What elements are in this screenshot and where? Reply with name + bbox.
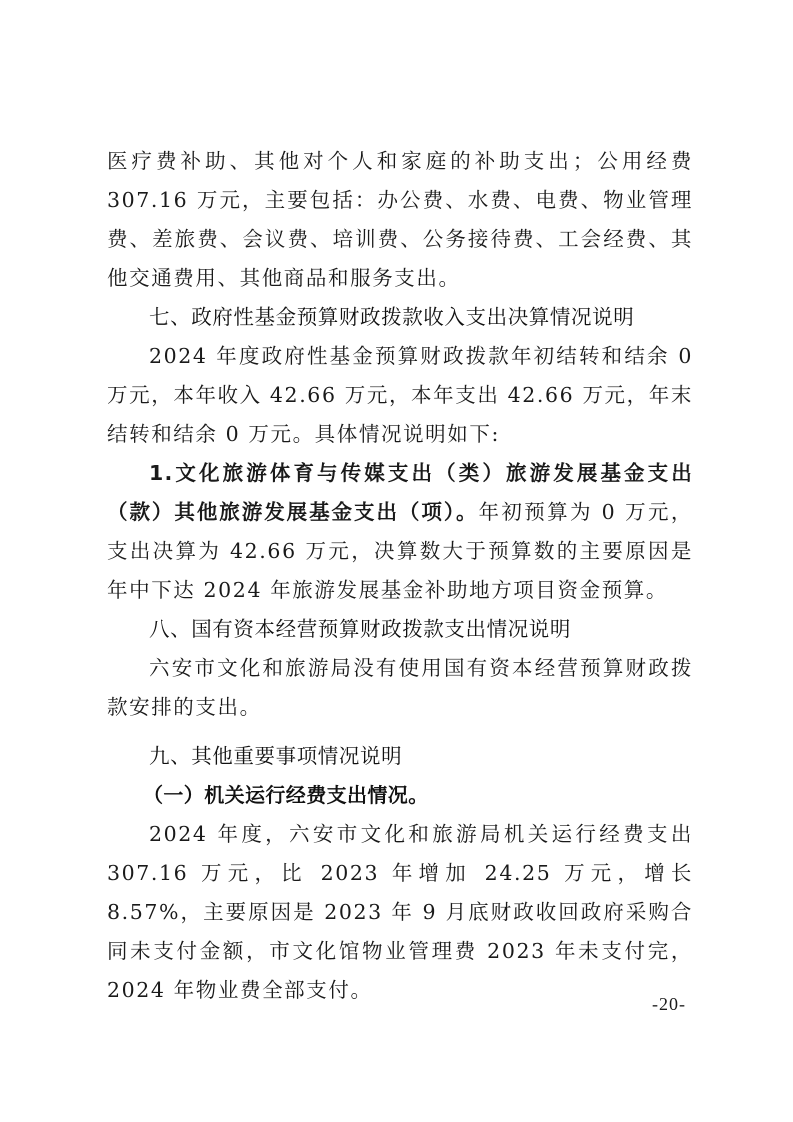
paragraph-public-funds-continuation: 医疗费补助、其他对个人和家庭的补助支出；公用经费 307.16 万元，主要包括：… [107,142,693,298]
section-9-sub-1-heading: （一）机关运行经费支出情况。 [107,776,693,815]
section-9-sub-1-body: 2024 年度，六安市文化和旅游局机关运行经费支出 307.16 万元，比 20… [107,815,693,1010]
section-7-body: 2024 年度政府性基金预算财政拨款年初结转和结余 0 万元，本年收入 42.6… [107,337,693,454]
page-number: -20- [652,994,686,1015]
section-7-item-1: 1.文化旅游体育与传媒支出（类）旅游发展基金支出（款）其他旅游发展基金支出（项）… [107,454,693,610]
spacer [107,727,693,737]
section-7-heading: 七、政府性基金预算财政拨款收入支出决算情况说明 [107,298,693,337]
document-page: 医疗费补助、其他对个人和家庭的补助支出；公用经费 307.16 万元，主要包括：… [107,142,693,1010]
section-9-heading: 九、其他重要事项情况说明 [107,737,693,776]
section-8-heading: 八、国有资本经营预算财政拨款支出情况说明 [107,610,693,649]
section-8-body: 六安市文化和旅游局没有使用国有资本经营预算财政拨款安排的支出。 [107,649,693,727]
